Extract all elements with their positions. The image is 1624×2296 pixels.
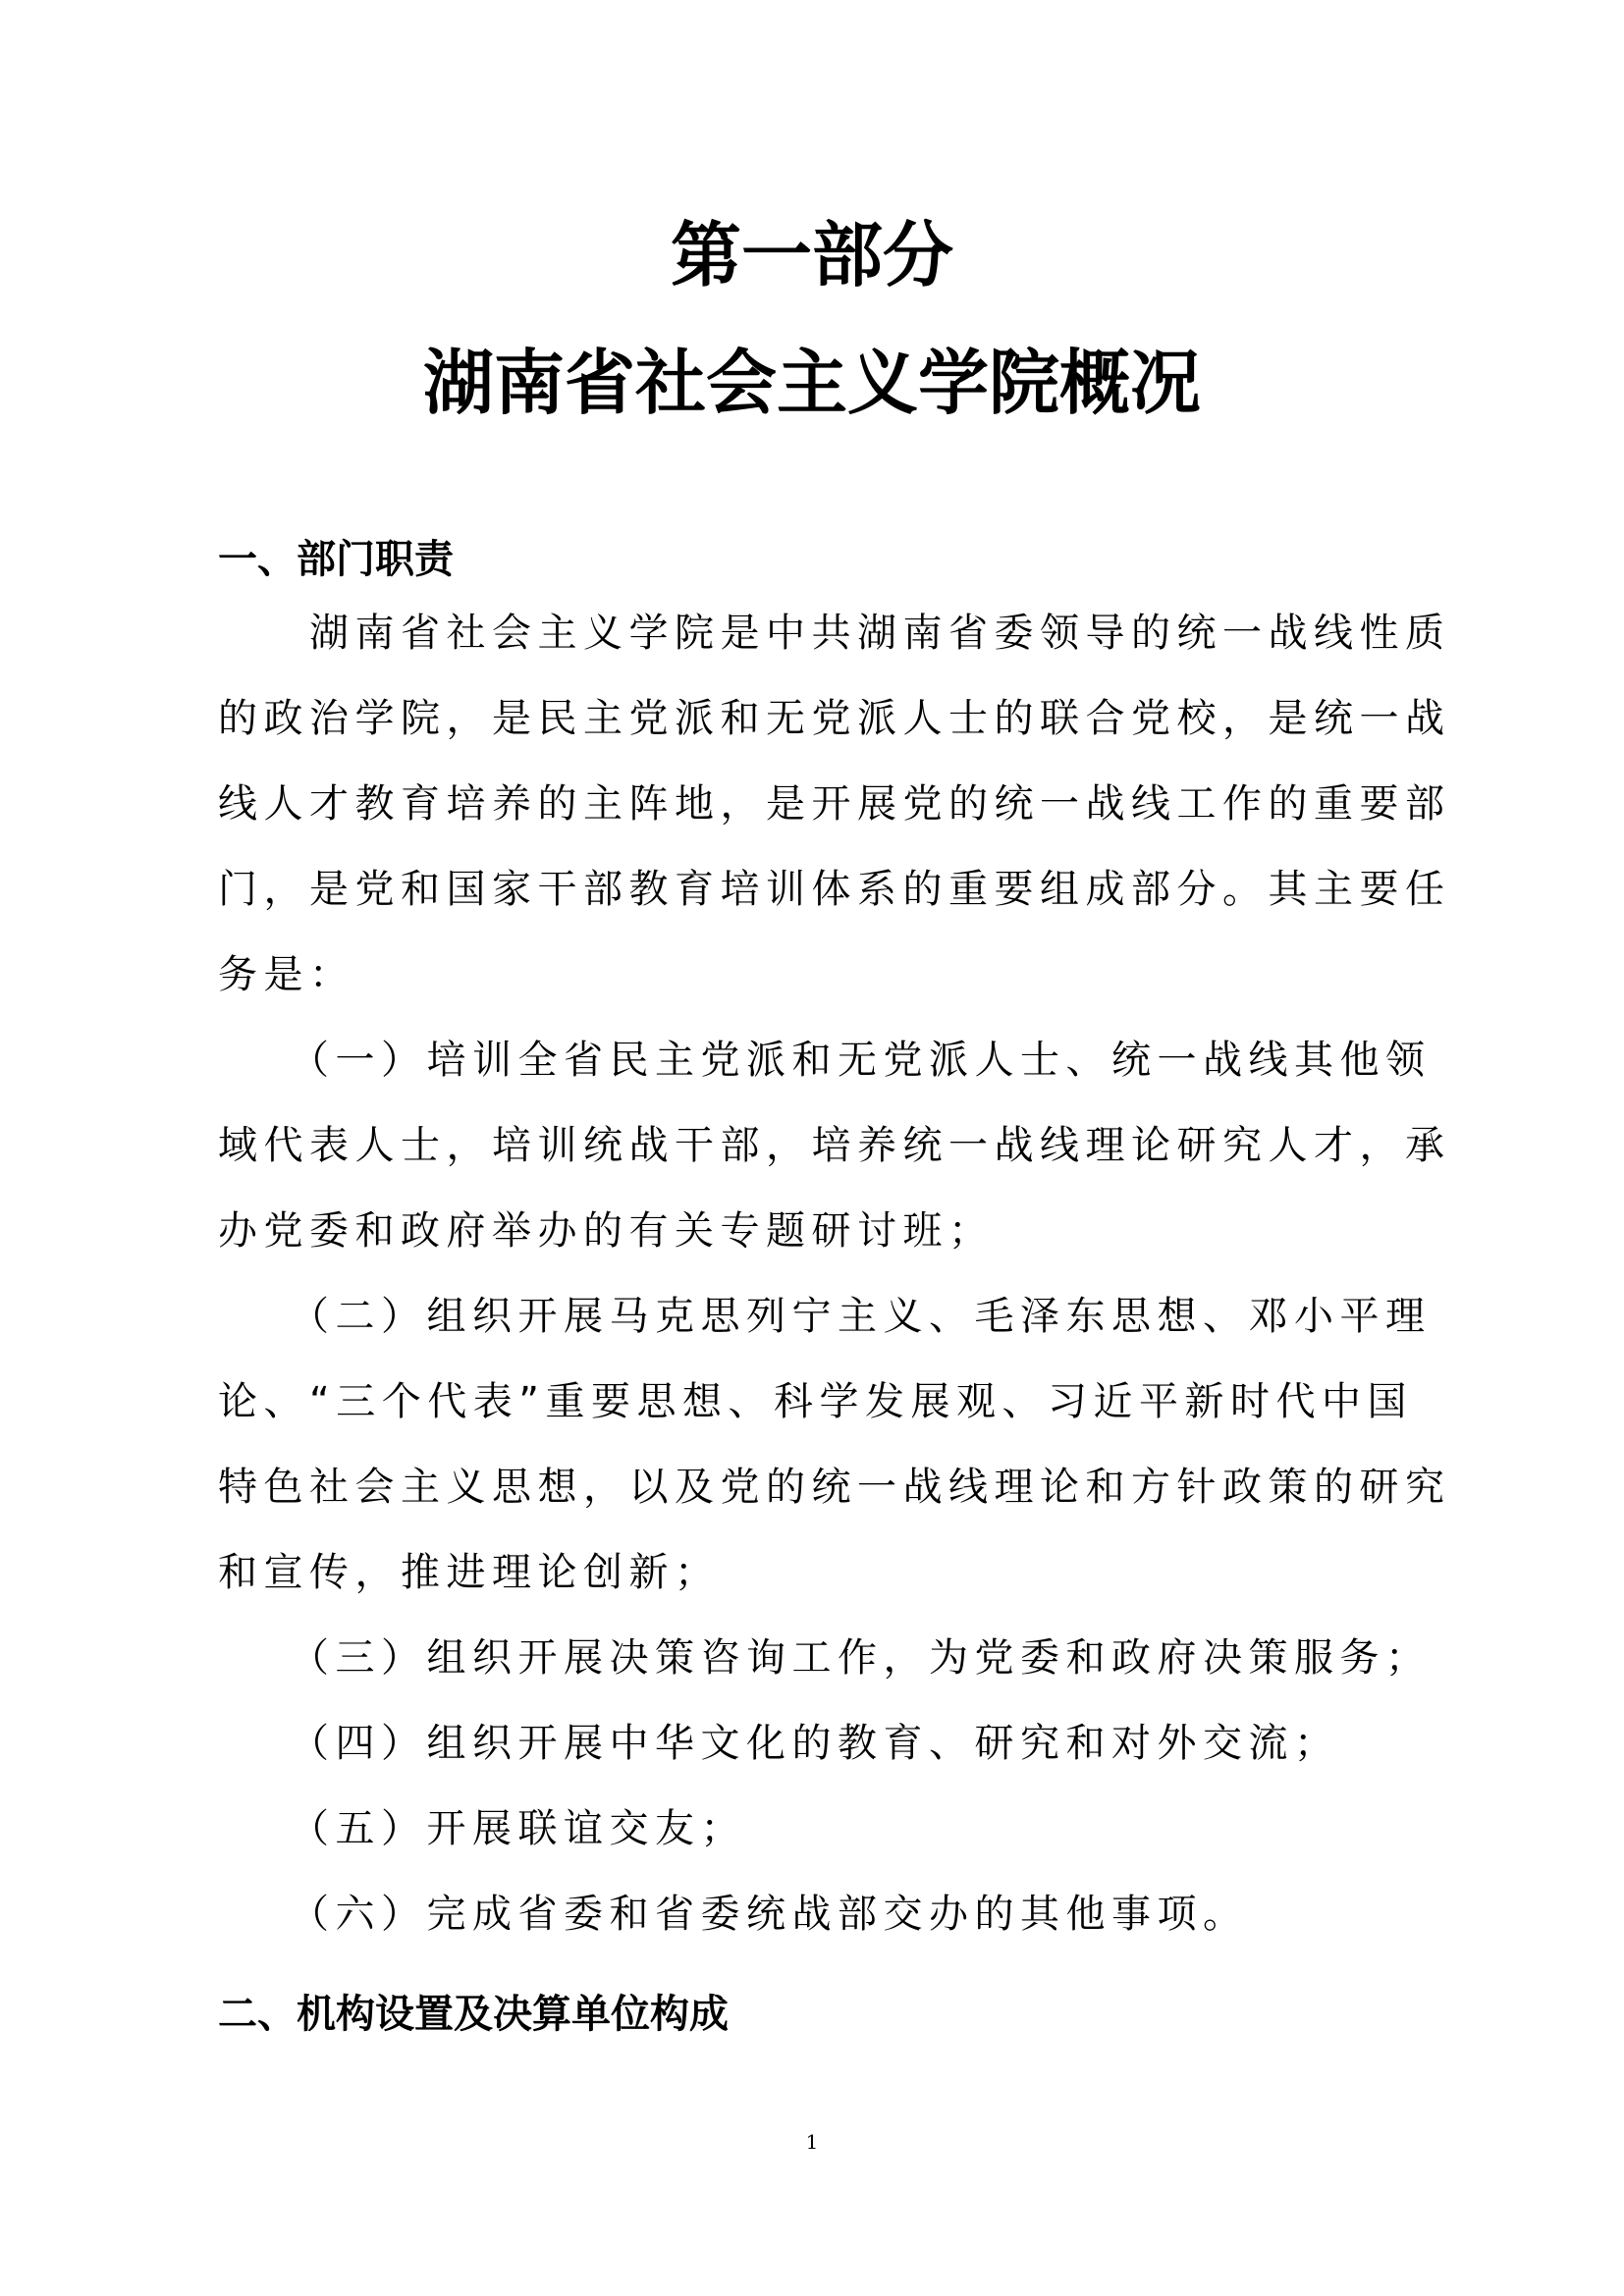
- body-line: 湖南省社会主义学院是中共湖南省委领导的统一战线性质: [218, 591, 1411, 676]
- body-line: 域代表人士，培训统战干部，培养统一战线理论研究人才，承: [218, 1103, 1411, 1189]
- body-line: （六）完成省委和省委统战部交办的其他事项。: [218, 1872, 1411, 1957]
- body-line: （一）培训全省民主党派和无党派人士、统一战线其他领: [218, 1018, 1411, 1103]
- body-line: （四）组织开展中华文化的教育、研究和对外交流；: [218, 1701, 1411, 1787]
- part-title: 第一部分: [0, 211, 1624, 299]
- body-line: 线人才教育培养的主阵地，是开展党的统一战线工作的重要部: [218, 762, 1411, 847]
- body-line: 办党委和政府举办的有关专题研讨班；: [218, 1189, 1411, 1274]
- body-line: 的政治学院，是民主党派和无党派人士的联合党校，是统一战: [218, 676, 1411, 762]
- body-line: 和宣传，推进理论创新；: [218, 1530, 1411, 1616]
- body-line: 论、“三个代表”重要思想、科学发展观、习近平新时代中国: [218, 1360, 1411, 1445]
- responsibilities-body: 湖南省社会主义学院是中共湖南省委领导的统一战线性质 的政治学院，是民主党派和无党…: [218, 591, 1411, 1957]
- body-line: 务是：: [218, 933, 1411, 1018]
- page-number: 1: [0, 2130, 1624, 2154]
- body-line: 特色社会主义思想，以及党的统一战线理论和方针政策的研究: [218, 1445, 1411, 1530]
- body-line: （二）组织开展马克思列宁主义、毛泽东思想、邓小平理: [218, 1274, 1411, 1360]
- section-heading-responsibilities: 一、部门职责: [218, 535, 454, 584]
- document-page: 第一部分 湖南省社会主义学院概况 一、部门职责 湖南省社会主义学院是中共湖南省委…: [0, 0, 1624, 2296]
- body-line: （三）组织开展决策咨询工作，为党委和政府决策服务；: [218, 1616, 1411, 1701]
- body-line: （五）开展联谊交友；: [218, 1787, 1411, 1872]
- body-line: 门，是党和国家干部教育培训体系的重要组成部分。其主要任: [218, 847, 1411, 933]
- document-title: 湖南省社会主义学院概况: [0, 339, 1624, 427]
- section-heading-organization: 二、机构设置及决算单位构成: [218, 1990, 729, 2039]
